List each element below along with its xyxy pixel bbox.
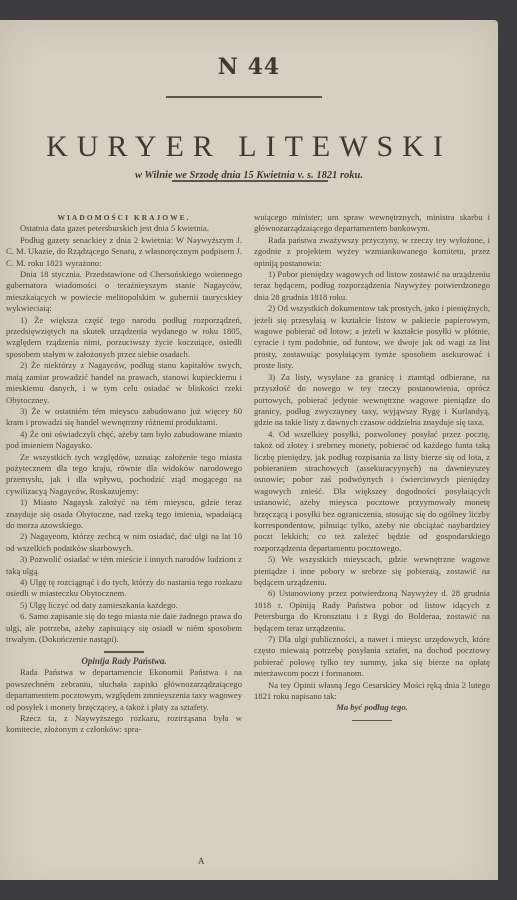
header-rule-top (166, 96, 322, 98)
paragraph: Dnia 18 stycznia. Przedstawione od Chers… (6, 269, 242, 315)
paragraph: 3) Pozwolić osiadać w tém mieście i inny… (6, 554, 242, 577)
paragraph: wuiącego minister; um spraw wewnętrznych… (254, 212, 490, 235)
section-divider (104, 651, 144, 653)
paragraph: Ze wszystkich tych względów, uznaiąc zał… (6, 452, 242, 498)
left-column: WIADOMOŚCI KRAJOWE. Ostatnia data gazet … (6, 212, 242, 736)
closing-divider (352, 720, 392, 722)
paragraph: 2) Nagayeom, którzy zechcą w nim osiadać… (6, 531, 242, 554)
paragraph: Rzecz ta, z Naywyższego rozkazu, roztrzą… (6, 713, 242, 736)
newspaper-page: N 44 KURYER LITEWSKI w Wilnie we Srzodę … (0, 20, 498, 900)
issue-number: N 44 (0, 54, 498, 80)
signature-mark: A (198, 856, 205, 866)
paragraph: 4. Od wszelkiey posyłki, pozwoloney posy… (254, 429, 490, 554)
paragraph: 2) Od wszystkich dokumentow tak prostych… (254, 303, 490, 371)
paragraph: 3) Że w ostatniém tém mieyscu zabudowano… (6, 406, 242, 429)
paragraph: Ostatnia data gazet petersburskich jest … (6, 223, 242, 234)
paragraph: 1) Że większa część tego narodu podług r… (6, 315, 242, 361)
paragraph: Rada państwa zważywszy przyczyny, w rzec… (254, 235, 490, 269)
opinion-subtitle: Opinija Rady Państwa. (6, 656, 242, 667)
paragraph: 6. Samo zapisanie się do tego miasta nie… (6, 611, 242, 645)
paragraph: Podług gazety senackiey z dnia 2 kwietni… (6, 235, 242, 269)
closing-line: Ma być podług tego. (254, 702, 490, 713)
scan-background (0, 880, 517, 900)
paragraph: 5) We wszystkich mieyscach, gdzie wewnęt… (254, 554, 490, 588)
right-column: wuiącego minister; um spraw wewnętrznych… (254, 212, 490, 724)
header-rule-bottom (172, 180, 328, 182)
paragraph: 6) Ustanowiony przez potwierdzoną Naywyż… (254, 588, 490, 634)
paragraph: 5) Ulgę liczyć od daty zamieszkania każd… (6, 600, 242, 611)
section-title: WIADOMOŚCI KRAJOWE. (6, 212, 242, 223)
masthead-title: KURYER LITEWSKI (0, 130, 498, 164)
paragraph: 3) Za listy, wysyłane za granicę i ztamt… (254, 372, 490, 429)
paragraph: Na tey Opinii własną Jego Cesarskiey Moś… (254, 680, 490, 703)
paragraph: 1) Miasto Nagaysk założyć na tém mieyscu… (6, 497, 242, 531)
paragraph: 4) Że oni oświadczyli chęć, ażeby tam by… (6, 429, 242, 452)
paragraph: 7) Dla ulgi publiczności, a nawet i miey… (254, 634, 490, 680)
paragraph: 2) Że niektórzy z Nagayców, podług stanu… (6, 360, 242, 406)
paragraph: Rada Państwa w departamencie Ekonomii Pa… (6, 667, 242, 713)
paragraph: 4) Ulgę tę rozciągnąć i do tych, którzy … (6, 577, 242, 600)
paragraph: 1) Pobor pieniędzy wagowych od listow zo… (254, 269, 490, 303)
